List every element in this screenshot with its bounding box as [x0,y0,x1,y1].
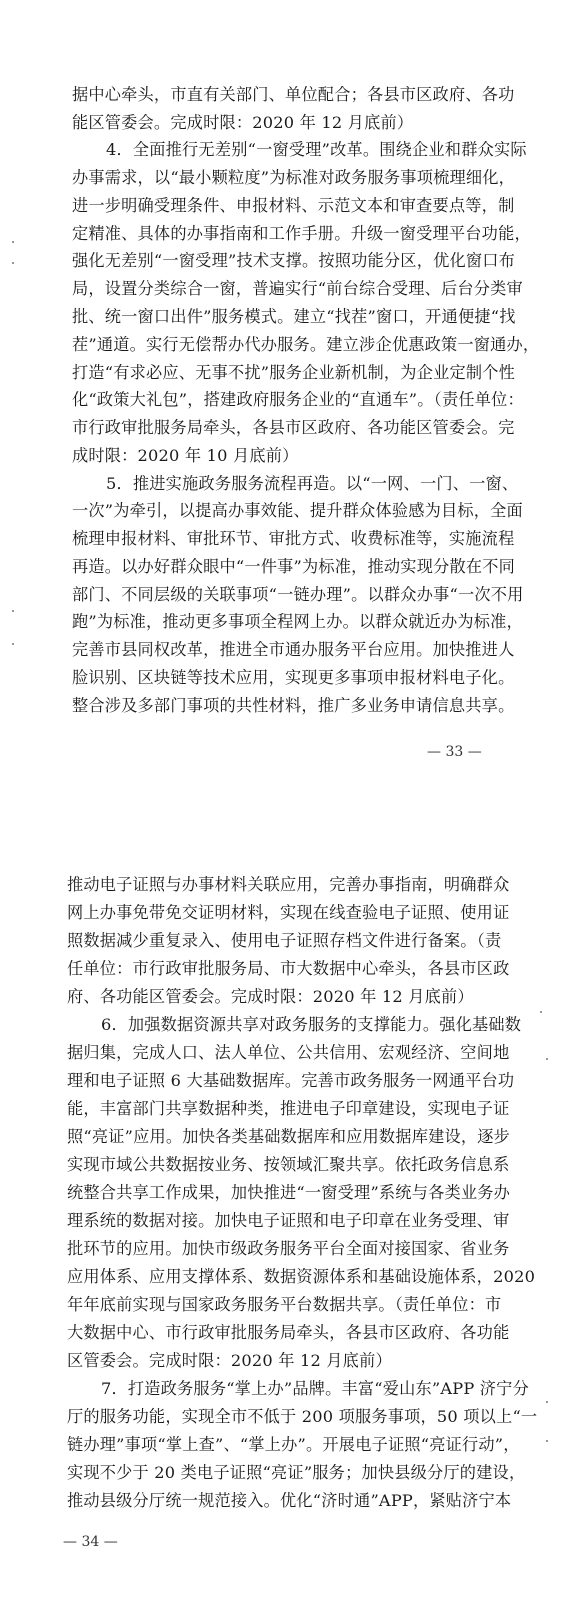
text-line: 网上办事免带免交证明材料，实现在线查验电子证照、使用证 [67,902,484,924]
text-line: 据归集，完成人口、法人单位、公共信用、宏观经济、空间地 [67,1042,484,1064]
page-33: 据中心牵头，市直有关部门、单位配合；各县市区政府、各功 能区管委会。完成时限：2… [0,0,562,800]
text-line: 脸识别、区块链等技术应用，实现更多事项申报材料电子化。 [72,667,488,689]
text-line: 成时限：2020 年 10 月底前） [72,445,488,467]
text-line: 能区管委会。完成时限：2020 年 12 月底前） [72,112,488,134]
scan-artifact [12,262,14,264]
text-line: 进一步明确受理条件、申报材料、示范文本和审查要点等，制 [72,195,488,217]
text-line: 理和电子证照 6 大基础数据库。完善市政务服务一网通平台功 [67,1070,484,1092]
text-line: 实现不少于 20 类电子证照“亮证”服务；加快县级分厅的建设， [67,1462,484,1484]
text-line: 整合涉及多部门事项的共性材料，推广多业务申请信息共享。 [72,695,488,717]
text-line: 应用体系、应用支撑体系、数据资源体系和基础设施体系，2020 [67,1266,484,1288]
text-line: 理系统的数据对接。加快电子证照和电子印章在业务受理、审 [67,1210,484,1232]
text-line: 任单位：市行政审批服务局、市大数据中心牵头，各县市区政 [67,958,484,980]
text-line: 照数据减少重复录入、使用电子证照存档文件进行备案。（责 [67,930,484,952]
scan-artifact [540,1011,542,1013]
text-line: 梳理申报材料、审批环节、审批方式、收费标准等，实施流程 [72,528,488,550]
text-line: 一次”为牵引，以提高办事效能、提升群众体验感为目标，全面 [72,500,488,522]
text-line: 部门、不同层级的关联事项“一链办理”。以群众办事“一次不用 [72,584,488,606]
text-line: 茬”通道。实行无偿帮办代办服务。建立涉企优惠政策一窗通办， [72,334,488,356]
text-line: 链办理”事项“掌上查”、“掌上办”。开展电子证照“亮证行动”， [67,1434,484,1456]
text-line: 定精准、具体的办事指南和工作手册。升级一窗受理平台功能， [72,223,488,245]
text-line: 批环节的应用。加快市级政务服务平台全面对接国家、省业务 [67,1238,484,1260]
scan-artifact [546,1401,548,1403]
text-line: 推动县级分厅统一规范接入。优化“济时通”APP，紧贴济宁本 [67,1490,484,1512]
scan-artifact [12,610,14,612]
text-line: 实现市域公共数据按业务、按领域汇聚共享。依托政务信息系 [67,1154,484,1176]
text-line: 市行政审批服务局牵头，各县市区政府、各功能区管委会。完 [72,417,488,439]
text-line: 推动电子证照与办事材料关联应用，完善办事指南，明确群众 [67,874,484,896]
text-line: 批、统一窗口出件”服务模式。建立“找茬”窗口，开通便捷“找 [72,306,488,328]
section-heading-5: 5．推进实施政务服务流程再造。以“一网、一门、一窗、 [72,473,488,495]
page-number: — 33 — [427,743,482,761]
text-line: 化“政策大礼包”，搭建政府服务企业的“直通车”。（责任单位： [72,389,488,411]
text-line: 强化无差别“一窗受理”技术支撑。按照功能分区，优化窗口布 [72,250,488,272]
scan-artifact [546,1440,548,1442]
text-line: 据中心牵头，市直有关部门、单位配合；各县市区政府、各功 [72,84,488,106]
text-line: 区管委会。完成时限：2020 年 12 月底前） [67,1350,484,1372]
text-line: 统整合共享工作成果，加快推进“一窗受理”系统与各类业务办 [67,1182,484,1204]
section-heading-4: 4．全面推行无差别“一窗受理”改革。围绕企业和群众实际 [72,139,488,161]
section-heading-6: 6．加强数据资源共享对政务服务的支撑能力。强化基础数 [67,1014,484,1036]
page-34: 推动电子证照与办事材料关联应用，完善办事指南，明确群众 网上办事免带免交证明材料… [0,800,562,1600]
text-line: 完善市县同权改革，推进全市通办服务平台应用。加快推进人 [72,639,488,661]
text-line: 打造“有求必应、无事不扰”服务企业新机制，为企业定制个性 [72,362,488,384]
text-line: 厅的服务功能，实现全市不低于 200 项服务事项，50 项以上“一 [67,1406,484,1428]
scan-artifact [12,241,14,243]
text-line: 能，丰富部门共享数据种类，推进电子印章建设，实现电子证 [67,1098,484,1120]
section-heading-7: 7．打造政务服务“掌上办”品牌。丰富“爱山东”APP 济宁分 [67,1378,484,1400]
text-line: 年年底前实现与国家政务服务平台数据共享。（责任单位：市 [67,1294,484,1316]
page-number: — 34 — [63,1533,118,1551]
scan-artifact [12,643,14,645]
text-line: 局，设置分类综合一窗，普遍实行“前台综合受理、后台分类审 [72,278,488,300]
text-line: 跑”为标准，推动更多事项全程网上办。以群众就近办为标准， [72,611,488,633]
text-line: 大数据中心、市行政审批服务局牵头，各县市区政府、各功能 [67,1322,484,1344]
text-line: 府、各功能区管委会。完成时限：2020 年 12 月底前） [67,986,484,1008]
text-line: 照“亮证”应用。加快各类基础数据库和应用数据库建设，逐步 [67,1126,484,1148]
text-line: 办事需求，以“最小颗粒度”为标准对政务服务事项梳理细化， [72,167,488,189]
text-line: 再造。以办好群众眼中“一件事”为标准，推动实现分散在不同 [72,556,488,578]
scan-artifact [546,1058,548,1060]
